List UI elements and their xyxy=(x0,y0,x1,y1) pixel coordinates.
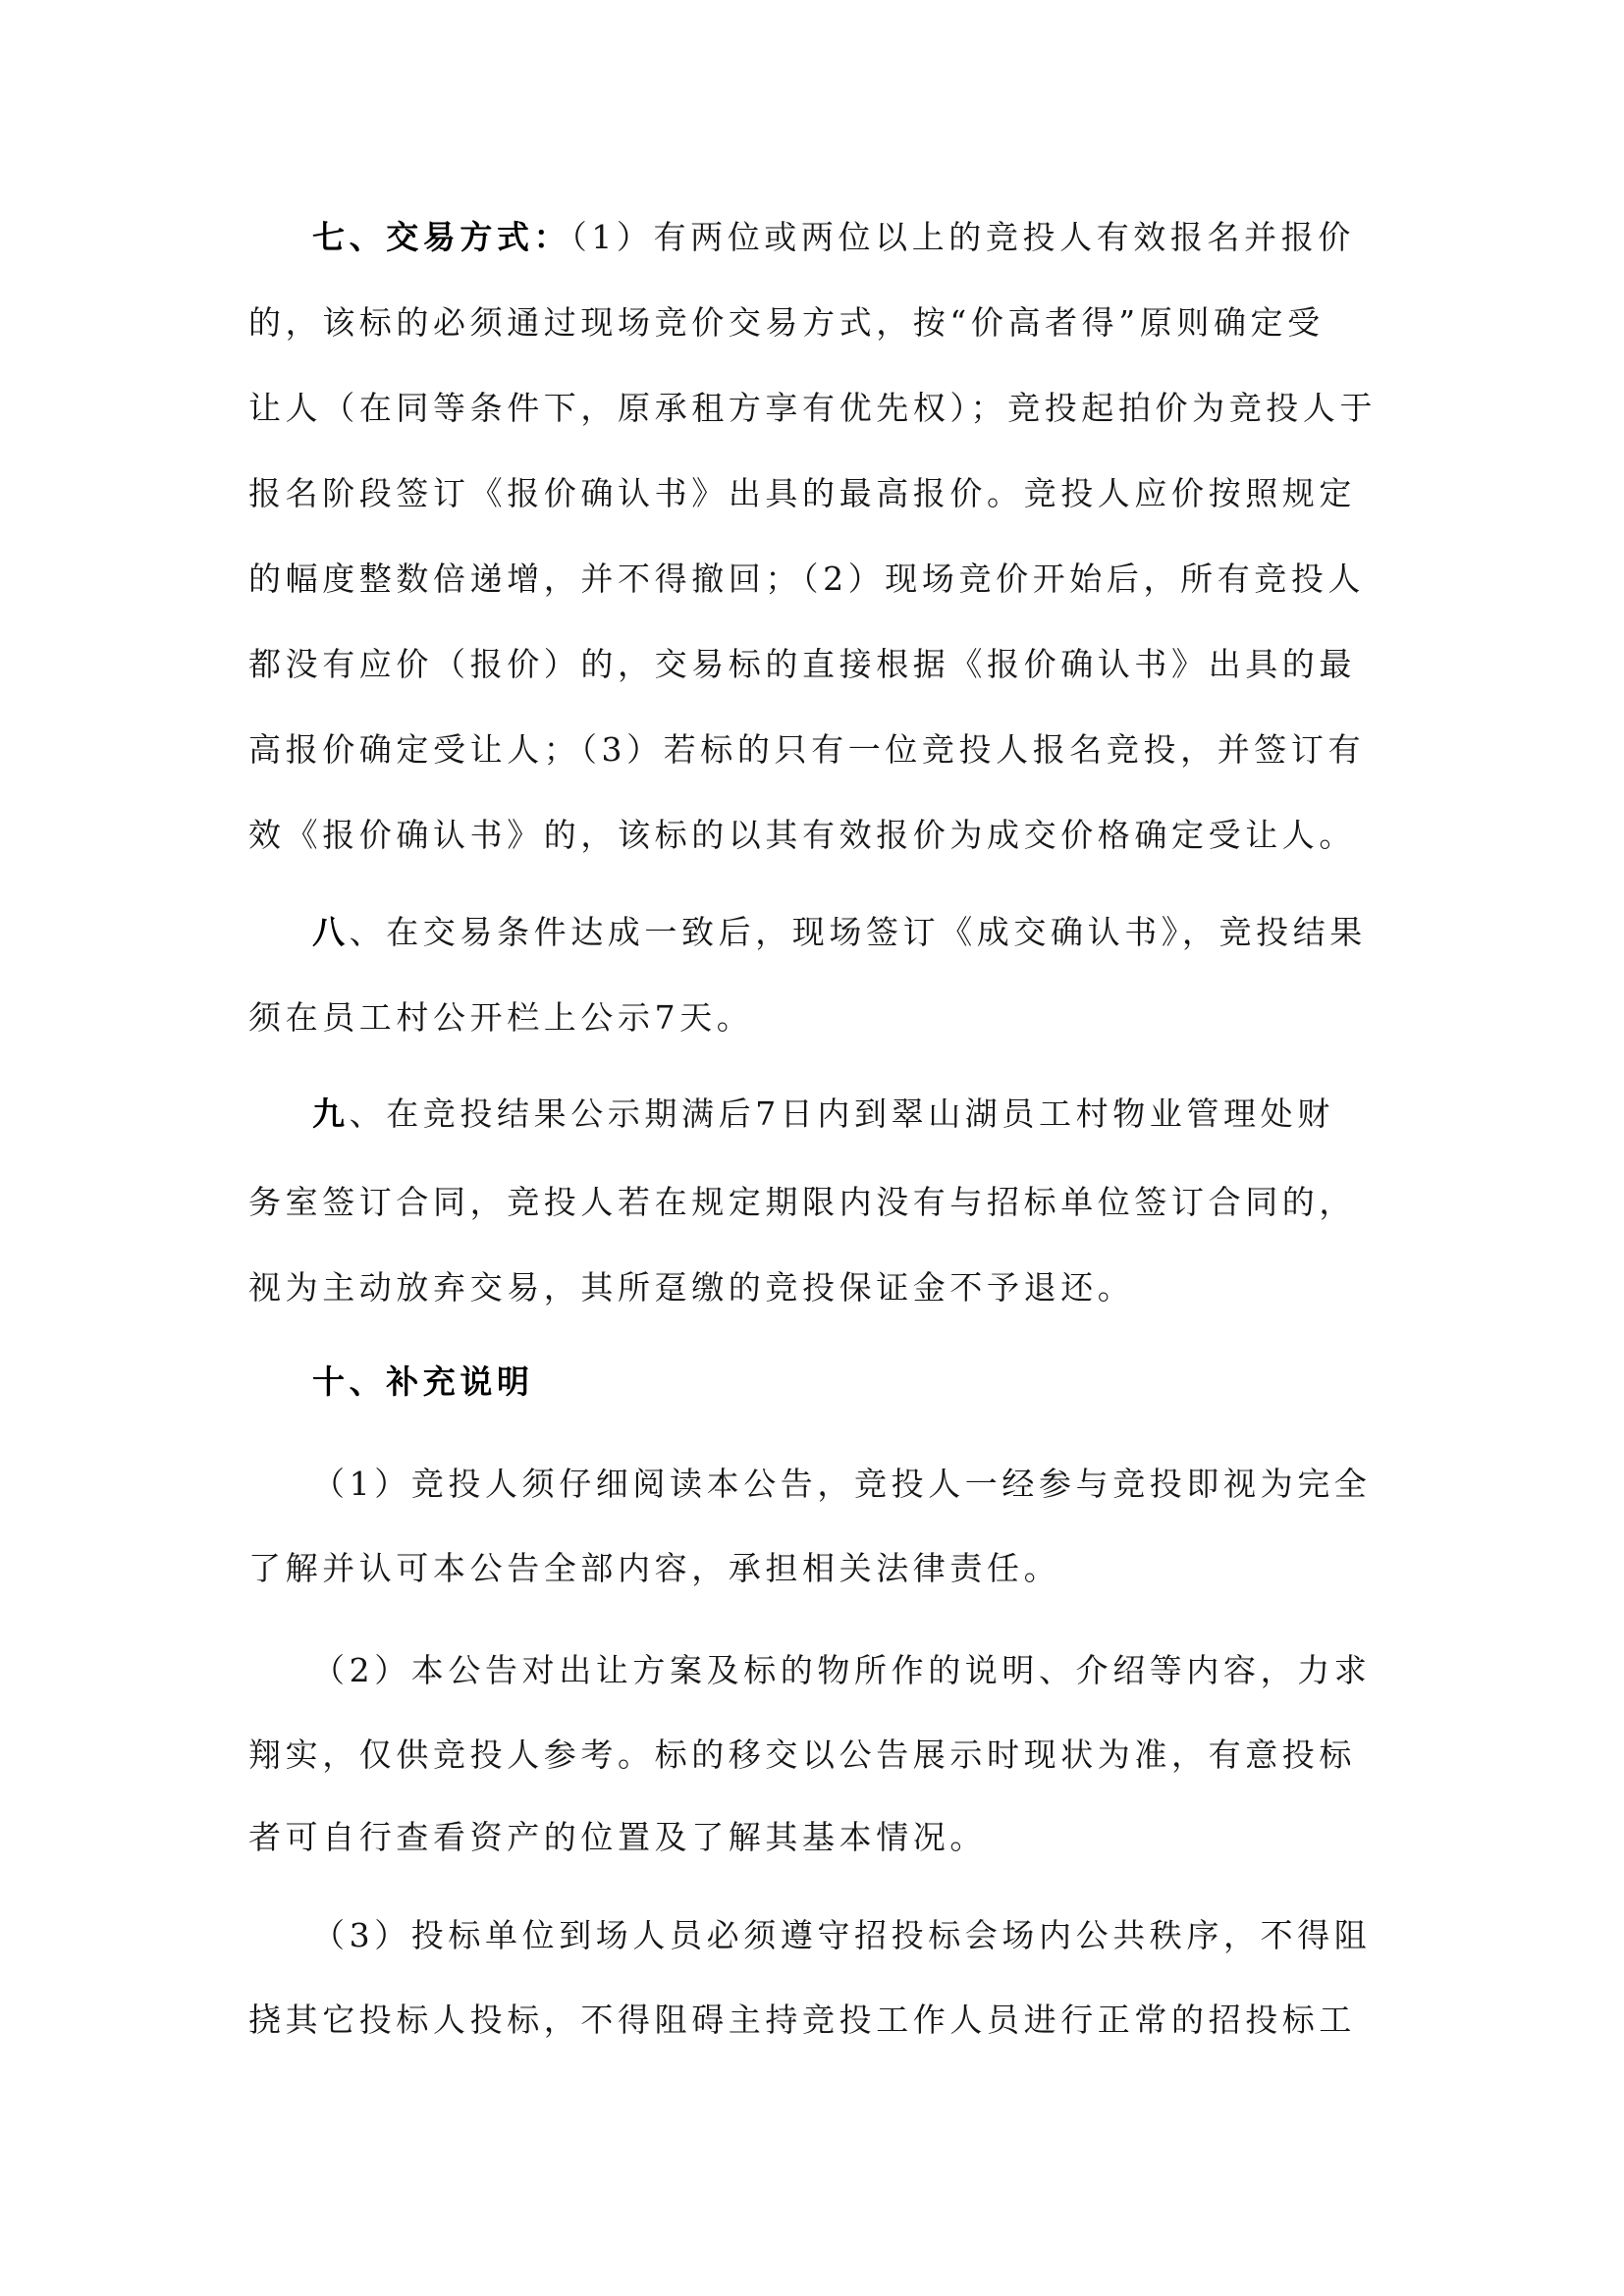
section-seven-line-2: 的，该标的必须通过现场竞价交易方式，按“价高者得”原则确定受 xyxy=(248,303,1325,343)
section-ten-item-1-line-2: 了解并认可本公告全部内容，承担相关法律责任。 xyxy=(248,1549,1060,1588)
section-nine-text: 、在竞投结果公示期满后7日内到翠山湖员工村物业管理处财 xyxy=(350,1095,1334,1133)
section-nine-line-1: 九、在竞投结果公示期满后7日内到翠山湖员工村物业管理处财 xyxy=(312,1095,1334,1134)
section-seven-line-8: 效《报价确认书》的，该标的以其有效报价为成交价格确定受让人。 xyxy=(248,816,1356,855)
section-ten-item-2-line-3: 者可自行查看资产的位置及了解其基本情况。 xyxy=(248,1818,987,1857)
section-ten-item-2-line-2: 翔实，仅供竞投人参考。标的移交以公告展示时现状为准，有意投标 xyxy=(248,1735,1356,1775)
section-ten-item-3-line-2: 挠其它投标人投标，不得阻碍主持竞投工作人员进行正常的招投标工 xyxy=(248,2001,1356,2040)
section-seven-line-6: 都没有应价（报价）的，交易标的直接根据《报价确认书》出具的最 xyxy=(248,645,1356,684)
section-ten-item-3-line-1: （3）投标单位到场人员必须遵守招投标会场内公共秩序，不得阻 xyxy=(312,1916,1371,1955)
section-eight-line-1: 八、在交易条件达成一致后，现场签订《成交确认书》，竞投结果 xyxy=(312,913,1367,952)
section-seven-line-4: 报名阶段签订《报价确认书》出具的最高报价。竞投人应价按照规定 xyxy=(248,474,1356,513)
section-seven-line-5: 的幅度整数倍递增，并不得撤回；（2）现场竞价开始后，所有竞投人 xyxy=(248,560,1365,599)
section-eight-line-2: 须在员工村公开栏上公示7天。 xyxy=(248,998,753,1038)
section-nine-line-3: 视为主动放弃交易，其所趸缴的竞投保证金不予退还。 xyxy=(248,1268,1134,1308)
section-ten-item-1-line-1: （1）竞投人须仔细阅读本公告，竞投人一经参与竞投即视为完全 xyxy=(312,1465,1371,1504)
section-seven-line-7: 高报价确定受让人；（3）若标的只有一位竞投人报名竞投，并签订有 xyxy=(248,730,1365,770)
section-ten-heading: 十、补充说明 xyxy=(312,1362,534,1402)
section-nine-line-2: 务室签订合同，竞投人若在规定期限内没有与招标单位签订合同的， xyxy=(248,1183,1356,1222)
section-seven-line-1: 七、交易方式：（1）有两位或两位以上的竞投人有效报名并报价 xyxy=(312,218,1355,257)
section-ten-item-2-line-1: （2）本公告对出让方案及标的物所作的说明、介绍等内容，力求 xyxy=(312,1651,1371,1690)
section-eight-text: 、在交易条件达成一致后，现场签订《成交确认书》，竞投结果 xyxy=(350,913,1367,951)
section-seven-text: （1）有两位或两位以上的竞投人有效报名并报价 xyxy=(570,218,1355,256)
section-seven-line-3: 让人（在同等条件下，原承租方享有优先权）；竞投起拍价为竞投人于 xyxy=(248,389,1377,428)
section-eight-heading: 八 xyxy=(312,913,350,951)
section-seven-heading: 七、交易方式： xyxy=(312,218,570,256)
document-page: 七、交易方式：（1）有两位或两位以上的竞投人有效报名并报价 的，该标的必须通过现… xyxy=(0,0,1624,2296)
section-nine-heading: 九 xyxy=(312,1095,350,1133)
